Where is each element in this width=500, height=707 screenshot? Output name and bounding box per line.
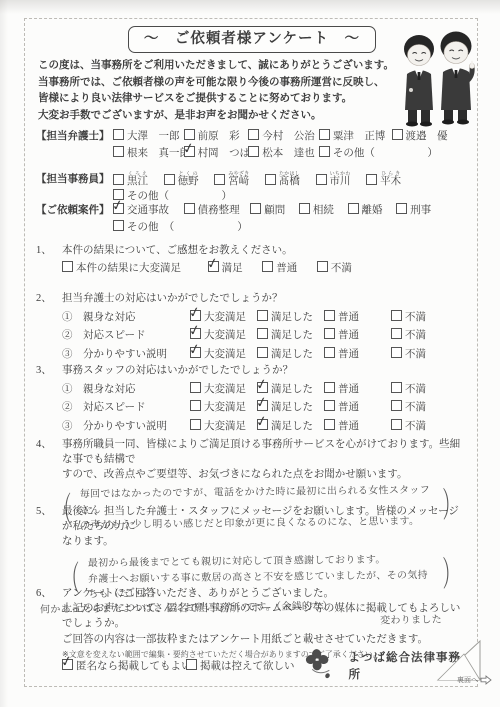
- lawyer-name: 粟津 正博: [333, 131, 386, 142]
- checkbox[interactable]: [392, 129, 403, 140]
- lawyer-option: 粟津 正博: [319, 129, 389, 144]
- option-label: 普通: [338, 421, 359, 432]
- right-arrow-icon: [480, 675, 492, 685]
- checkbox[interactable]: [257, 419, 268, 430]
- checkbox[interactable]: [324, 419, 335, 430]
- row-label: ① 親身な対応: [62, 310, 190, 325]
- option-label: 大変満足: [204, 330, 246, 341]
- intro-paragraph: この度は、当事務所をご利用いただきまして、誠にありがとうございます。 当事務所で…: [38, 58, 396, 125]
- option: 満足した: [257, 328, 324, 343]
- option: 満足した: [257, 419, 324, 434]
- back-side-label: 裏面へ: [457, 675, 478, 685]
- clerk-option: 平木ひらき: [366, 172, 410, 189]
- survey-sheet: ～ ご依頼者様アンケート ～: [0, 0, 500, 707]
- case-name: 顧問: [264, 205, 285, 216]
- scan-artifact-top: [0, 0, 500, 14]
- checkbox[interactable]: [391, 328, 402, 339]
- checkbox[interactable]: [366, 174, 377, 185]
- checkbox[interactable]: [257, 382, 268, 393]
- option-label: 満足した: [271, 402, 313, 413]
- consent-option: 掲載は控えて欲しい: [186, 659, 303, 674]
- two-lawyers-cartoon-icon: [398, 28, 476, 128]
- option: 大変満足: [190, 419, 257, 434]
- option-label: 大変満足: [204, 402, 246, 413]
- row-label: ③ 分かりやすい説明: [62, 419, 190, 434]
- option-label: 大変満足: [204, 312, 246, 323]
- field-lawyer: 【担当弁護士】 大澤 一郎 前原 彩 今村 公治 粟津 正博 渡邉 優 根来 真…: [36, 129, 466, 161]
- option-label: 掲載は控えて欲しい: [200, 661, 295, 672]
- checkbox[interactable]: [324, 347, 335, 358]
- option: 満足した: [257, 310, 324, 325]
- question-1: 1、 本件の結果について、ご感想をお教えください。 本件の結果に大変満足 満足 …: [36, 243, 468, 276]
- row-label: ① 親身な対応: [62, 382, 190, 397]
- case-option: 債務整理: [184, 203, 248, 218]
- question-text: 最後に、担当した弁護士・スタッフにメッセージをお願いします。皆様のメッセージが私…: [62, 504, 468, 550]
- checkbox[interactable]: [317, 261, 328, 272]
- lawyer-option-other: その他（ ）: [319, 146, 438, 161]
- case-option: 刑事: [396, 203, 431, 218]
- option-label: 大変満足: [204, 349, 246, 360]
- checkbox[interactable]: [190, 328, 201, 339]
- question-text: 事務所職員一同、皆様によりご満足頂ける事務所サービスを心がけております。些細な事…: [62, 437, 468, 483]
- checkbox[interactable]: [257, 400, 268, 411]
- lawyer-option: 渡邉 優: [392, 129, 448, 144]
- checkbox[interactable]: [250, 203, 261, 214]
- option-label: 満足した: [271, 384, 313, 395]
- lawyer-option: 大澤 一郎: [113, 129, 181, 144]
- option-label: 普通: [338, 384, 359, 395]
- lawyer-name: 大澤 一郎: [127, 131, 180, 142]
- checkbox[interactable]: [299, 203, 310, 214]
- option: 不満: [391, 400, 458, 415]
- lawyer-name: 松本 達也: [262, 148, 315, 159]
- option-label: 不満: [405, 384, 426, 395]
- case-option: 交通事故: [113, 203, 181, 218]
- field-lawyer-label: 【担当弁護士】: [36, 129, 113, 161]
- checkbox[interactable]: [113, 220, 124, 231]
- option-label: 不満: [405, 312, 426, 323]
- checkbox[interactable]: [164, 174, 175, 185]
- checkbox[interactable]: [248, 146, 259, 157]
- checkbox[interactable]: [184, 203, 195, 214]
- checkbox[interactable]: [391, 347, 402, 358]
- option-label: 普通: [276, 263, 297, 274]
- q1-option: 普通: [262, 261, 314, 276]
- checkbox[interactable]: [391, 382, 402, 393]
- field-clerk: 【担当事務員】 黒江くろえ 徳野とくの 宮﨑みやざき 髙橋たかはし 市川いちかわ…: [36, 172, 466, 204]
- checkbox[interactable]: [324, 310, 335, 321]
- clerk-name: 市川いちかわ: [330, 176, 351, 187]
- question-number: 2、: [36, 291, 62, 306]
- option-label: 匿名なら掲載してもよい: [76, 661, 192, 672]
- question-2: 2、 担当弁護士の対応はいかがでしたでしょうか？ ① 親身な対応 大変満足 満足…: [36, 291, 468, 362]
- clerk-name: その他（ ）: [127, 191, 232, 202]
- clerk-name: 宮﨑みやざき: [228, 176, 249, 187]
- field-clerk-label: 【担当事務員】: [36, 172, 113, 204]
- option: 普通: [324, 419, 391, 434]
- lawyer-option: 松本 達也: [248, 146, 316, 161]
- checkbox[interactable]: [324, 400, 335, 411]
- option: 普通: [324, 400, 391, 415]
- intro-line: 大変お手数でございますが、是非お声をお聞かせください。: [38, 108, 396, 123]
- checkbox[interactable]: [208, 261, 219, 272]
- clerk-option: 市川いちかわ: [316, 172, 364, 189]
- option: 不満: [391, 310, 458, 325]
- checkbox[interactable]: [316, 174, 327, 185]
- option: 大変満足: [190, 310, 257, 325]
- option: 満足した: [257, 400, 324, 415]
- checkbox[interactable]: [62, 659, 73, 670]
- checkbox[interactable]: [319, 146, 330, 157]
- q3-row-3: ③ 分かりやすい説明 大変満足 満足した 普通 不満: [62, 419, 468, 434]
- mascot-illustration: [398, 28, 476, 133]
- q1-option: 不満: [317, 261, 352, 276]
- option-label: 不満: [405, 349, 426, 360]
- checkbox[interactable]: [113, 146, 124, 157]
- clerk-name: 黒江くろえ: [127, 176, 148, 187]
- case-name: 離婚: [362, 205, 383, 216]
- question-3: 3、 事務スタッフの対応はいかがでしたでしょうか？ ① 親身な対応 大変満足 満…: [36, 363, 468, 434]
- option-label: 普通: [338, 312, 359, 323]
- checkbox[interactable]: [396, 203, 407, 214]
- question-number: 3、: [36, 363, 62, 378]
- option: 満足した: [257, 382, 324, 397]
- option-label: 不満: [331, 263, 352, 274]
- case-option: 相続: [299, 203, 345, 218]
- option-label: 大変満足: [204, 421, 246, 432]
- lawyer-option: 今村 公治: [248, 129, 316, 144]
- checkbox[interactable]: [324, 328, 335, 339]
- option: 普通: [324, 310, 391, 325]
- clerk-name: 髙橋たかはし: [279, 176, 300, 187]
- clerk-option: 宮﨑みやざき: [214, 172, 262, 189]
- checkbox[interactable]: [190, 419, 201, 430]
- case-option-other: その他 （ ）: [113, 220, 248, 235]
- back-side-note: 裏面へ: [457, 675, 492, 685]
- question-number: 1、: [36, 243, 62, 258]
- question-text: 本件の結果について、ご感想をお教えください。: [62, 243, 468, 258]
- clerk-option: 黒江くろえ: [113, 172, 161, 189]
- checkbox[interactable]: [62, 261, 73, 272]
- option: 満足した: [257, 347, 324, 362]
- option: 普通: [324, 347, 391, 362]
- option: 不満: [391, 419, 458, 434]
- checkbox[interactable]: [113, 174, 124, 185]
- q1-option: 満足: [208, 261, 260, 276]
- checkbox[interactable]: [190, 400, 201, 411]
- checkbox[interactable]: [214, 174, 225, 185]
- lawyer-name: その他（ ）: [333, 148, 438, 159]
- option: 大変満足: [190, 382, 257, 397]
- case-name: 相続: [313, 205, 334, 216]
- clerk-option: 徳野とくの: [164, 172, 212, 189]
- option-label: 不満: [405, 421, 426, 432]
- lawyer-name: 今村 公治: [262, 131, 315, 142]
- checkbox[interactable]: [190, 382, 201, 393]
- case-option: 顧問: [250, 203, 296, 218]
- option: 普通: [324, 382, 391, 397]
- option-label: 満足した: [271, 312, 313, 323]
- clerk-name: 徳野とくの: [178, 176, 199, 187]
- lawyer-option: 村岡 つばさ: [184, 146, 246, 161]
- lawyer-option: 根来 真一郎: [113, 146, 181, 161]
- checkbox[interactable]: [184, 146, 195, 157]
- option: 大変満足: [190, 400, 257, 415]
- option-label: 満足した: [271, 330, 313, 341]
- checkbox[interactable]: [257, 310, 268, 321]
- checkbox[interactable]: [391, 419, 402, 430]
- question-number: 5、: [36, 504, 62, 550]
- option-label: 不満: [405, 402, 426, 413]
- question-number: 4、: [36, 437, 62, 483]
- checkbox[interactable]: [391, 400, 402, 411]
- option: 普通: [324, 328, 391, 343]
- option-label: 満足した: [271, 349, 313, 360]
- checkbox[interactable]: [113, 129, 124, 140]
- q1-option: 本件の結果に大変満足: [62, 261, 205, 276]
- question-number: 6、: [36, 586, 62, 662]
- page-title: ～ ご依頼者様アンケート ～: [128, 26, 376, 53]
- checkbox[interactable]: [324, 382, 335, 393]
- case-name: その他 （ ）: [127, 222, 248, 233]
- row-label: ② 対応スピード: [62, 328, 190, 343]
- checkbox[interactable]: [348, 203, 359, 214]
- clerk-name: 平木ひらき: [380, 176, 401, 187]
- option-label: 普通: [338, 330, 359, 341]
- case-name: 交通事故: [127, 205, 169, 216]
- field-case-label: 【ご依頼案件】: [36, 203, 113, 235]
- checkbox[interactable]: [186, 659, 197, 670]
- option: 不満: [391, 382, 458, 397]
- q2-row-3: ③ 分かりやすい説明 大変満足 満足した 普通 不満: [62, 347, 468, 362]
- row-label: ③ 分かりやすい説明: [62, 347, 190, 362]
- checkbox[interactable]: [319, 129, 330, 140]
- case-name: 債務整理: [198, 205, 240, 216]
- checkbox[interactable]: [265, 174, 276, 185]
- option-label: 不満: [405, 330, 426, 341]
- option-label: 本件の結果に大変満足: [76, 263, 181, 274]
- option: 不満: [391, 328, 458, 343]
- intro-line: この度は、当事務所をご利用いただきまして、誠にありがとうございます。: [38, 58, 396, 73]
- question-text: 担当弁護士の対応はいかがでしたでしょうか？: [62, 291, 468, 306]
- intro-line: 皆様により良い法律サービスをご提供することに努めております。: [38, 91, 396, 106]
- lawyer-name: 前原 彩: [198, 131, 240, 142]
- consent-option: 匿名なら掲載してもよい: [62, 659, 186, 674]
- option-label: 大変満足: [204, 384, 246, 395]
- checkbox[interactable]: [190, 310, 201, 321]
- checkbox[interactable]: [262, 261, 273, 272]
- option-label: 満足: [222, 263, 243, 274]
- option-label: 普通: [338, 349, 359, 360]
- checkbox[interactable]: [257, 328, 268, 339]
- option: 大変満足: [190, 328, 257, 343]
- checkbox[interactable]: [257, 347, 268, 358]
- field-case: 【ご依頼案件】 交通事故 債務整理 顧問 相続 離婚 刑事 その他 （ ）: [36, 203, 466, 235]
- case-option: 離婚: [348, 203, 394, 218]
- checkbox[interactable]: [248, 129, 259, 140]
- row-label: ② 対応スピード: [62, 400, 190, 415]
- checkbox[interactable]: [391, 310, 402, 321]
- checkbox[interactable]: [113, 203, 124, 214]
- publication-consent-row: 匿名なら掲載してもよい 掲載は控えて欲しい よつば総合法律事務所: [62, 648, 472, 685]
- option: 大変満足: [190, 347, 257, 362]
- option-label: 普通: [338, 402, 359, 413]
- clover-logo-icon: [305, 648, 341, 685]
- lawyer-name: 根来 真一郎: [127, 148, 190, 159]
- lawyer-name: 渡邉 優: [406, 131, 448, 142]
- option: 不満: [391, 347, 458, 362]
- intro-line: 当事務所では、ご依頼者様の声を可能な限り今後の事務所運営に反映し、: [38, 75, 396, 90]
- option-label: 満足した: [271, 421, 313, 432]
- case-name: 刑事: [410, 205, 431, 216]
- checkbox[interactable]: [190, 347, 201, 358]
- clerk-option: 髙橋たかはし: [265, 172, 313, 189]
- q2-row-1: ① 親身な対応 大変満足 満足した 普通 不満: [62, 310, 468, 325]
- scan-artifact-left: [0, 0, 8, 707]
- q2-row-2: ② 対応スピード 大変満足 満足した 普通 不満: [62, 328, 468, 343]
